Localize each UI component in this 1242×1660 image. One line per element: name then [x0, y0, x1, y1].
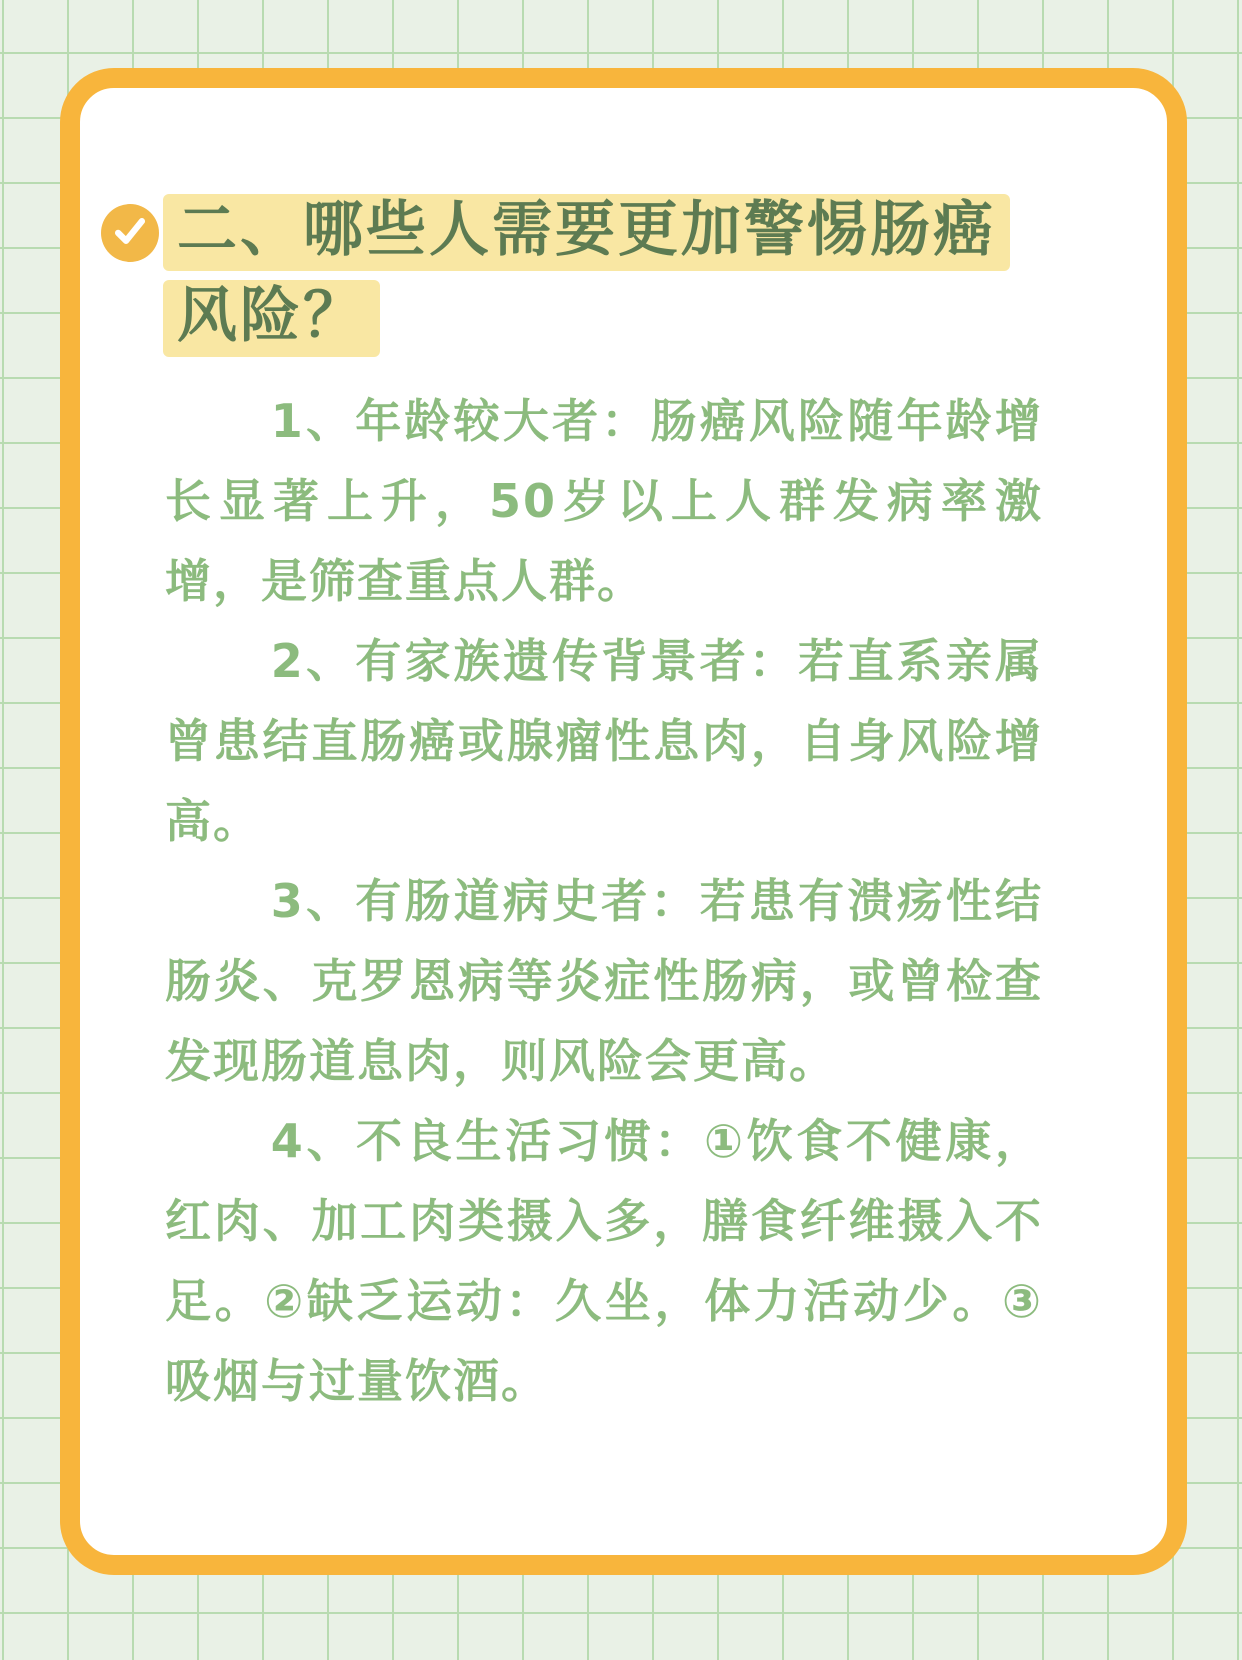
body-paragraph-1: 1、年龄较大者：肠癌风险随年龄增长显著上升，50岁以上人群发病率激增，是筛查重点… [165, 381, 1043, 621]
body-paragraph-4: 4、不良生活习惯：①饮食不健康，红肉、加工肉类摄入多，膳食纤维摄入不足。②缺乏运… [165, 1101, 1043, 1421]
body-paragraph-3: 3、有肠道病史者：若患有溃疡性结肠炎、克罗恩病等炎症性肠病，或曾检查发现肠道息肉… [165, 861, 1043, 1101]
section-title: 二、哪些人需要更加警惕肠癌 风险？ [163, 194, 1010, 357]
check-icon [111, 212, 149, 254]
section-title-line-1: 二、哪些人需要更加警惕肠癌 [163, 194, 1010, 271]
content-card: 二、哪些人需要更加警惕肠癌 风险？ 1、年龄较大者：肠癌风险随年龄增长显著上升，… [60, 68, 1187, 1575]
section-title-line-2: 风险？ [163, 280, 380, 357]
section-title-row: 二、哪些人需要更加警惕肠癌 风险？ [101, 194, 1010, 357]
body-paragraph-2: 2、有家族遗传背景者：若直系亲属曾患结直肠癌或腺瘤性息肉，自身风险增高。 [165, 621, 1043, 861]
check-badge [101, 204, 159, 262]
body-text: 1、年龄较大者：肠癌风险随年龄增长显著上升，50岁以上人群发病率激增，是筛查重点… [165, 381, 1043, 1421]
page-background: { "card": { "title": { "line1": "二、哪些人需要… [0, 0, 1242, 1660]
